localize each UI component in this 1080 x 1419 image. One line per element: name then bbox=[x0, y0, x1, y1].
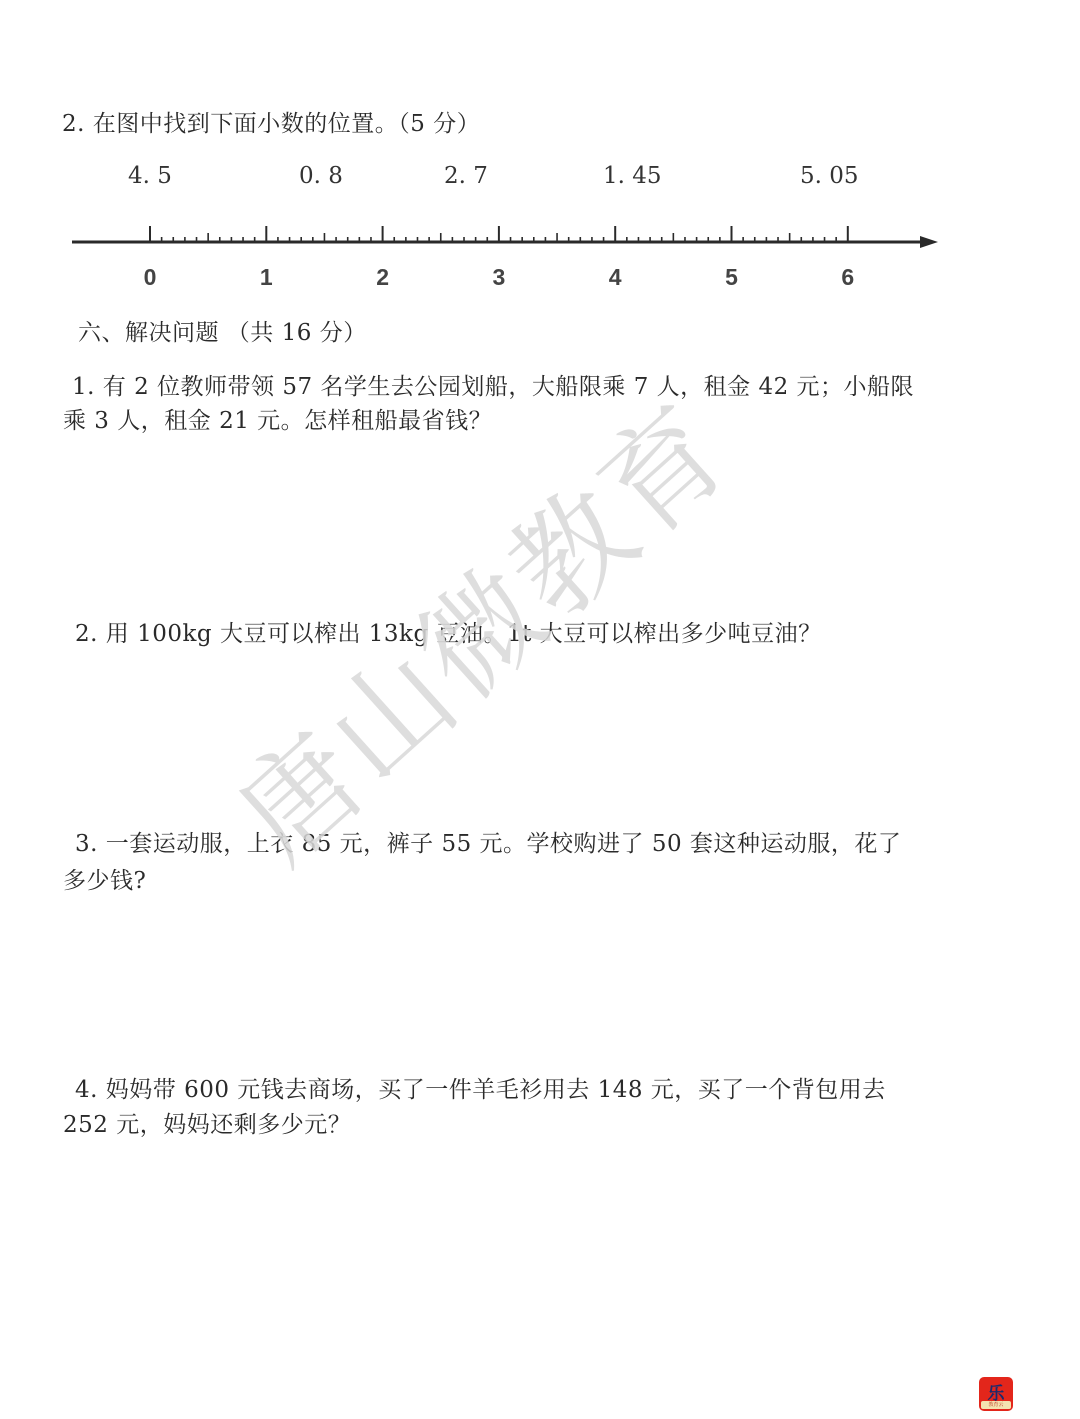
decimal-value: 0. 8 bbox=[299, 163, 343, 189]
problem-text-line: 252 元，妈妈还剩多少元？ bbox=[63, 1108, 351, 1142]
decimal-value: 1. 45 bbox=[603, 163, 662, 189]
problem-text-line: 多少钱? bbox=[63, 864, 146, 898]
tick-label: 5 bbox=[725, 264, 738, 290]
logo-band: 教育云 bbox=[981, 1401, 1011, 1409]
problem-text-line: 3. 一套运动服，上衣 85 元，裤子 55 元。学校购进了 50 套这种运动服… bbox=[75, 827, 901, 861]
app-logo-icon: 乐 教育云 bbox=[979, 1377, 1013, 1411]
problem-text-line: 4. 妈妈带 600 元钱去商场，买了一件羊毛衫用去 148 元，买了一个背包用… bbox=[75, 1073, 886, 1107]
decimal-value: 5. 05 bbox=[800, 163, 859, 189]
decimal-value: 2. 7 bbox=[444, 163, 488, 189]
number-line-axis: 0123456 bbox=[60, 210, 960, 300]
tick-label: 6 bbox=[841, 264, 854, 290]
section-heading-solve-problems: 六、解决问题 （共 16 分） bbox=[78, 316, 367, 350]
tick-label: 3 bbox=[493, 264, 506, 290]
tick-label: 4 bbox=[609, 264, 622, 290]
problem-text-line: 1. 有 2 位教师带领 57 名学生去公园划船，大船限乘 7 人，租金 42 … bbox=[72, 370, 914, 404]
decimal-value: 4. 5 bbox=[128, 163, 172, 189]
tick-label: 0 bbox=[144, 264, 157, 290]
question-title-locate-decimals: 2. 在图中找到下面小数的位置。（5 分） bbox=[62, 107, 480, 141]
tick-label: 2 bbox=[376, 264, 389, 290]
problem-text-line: 2. 用 100kg 大豆可以榨出 13kg 豆油。1t 大豆可以榨出多少吨豆油… bbox=[75, 617, 822, 651]
tick-label: 1 bbox=[260, 264, 273, 290]
problem-text-line: 乘 3 人，租金 21 元。怎样租船最省钱？ bbox=[63, 404, 492, 438]
number-line: 0123456 bbox=[60, 210, 960, 300]
